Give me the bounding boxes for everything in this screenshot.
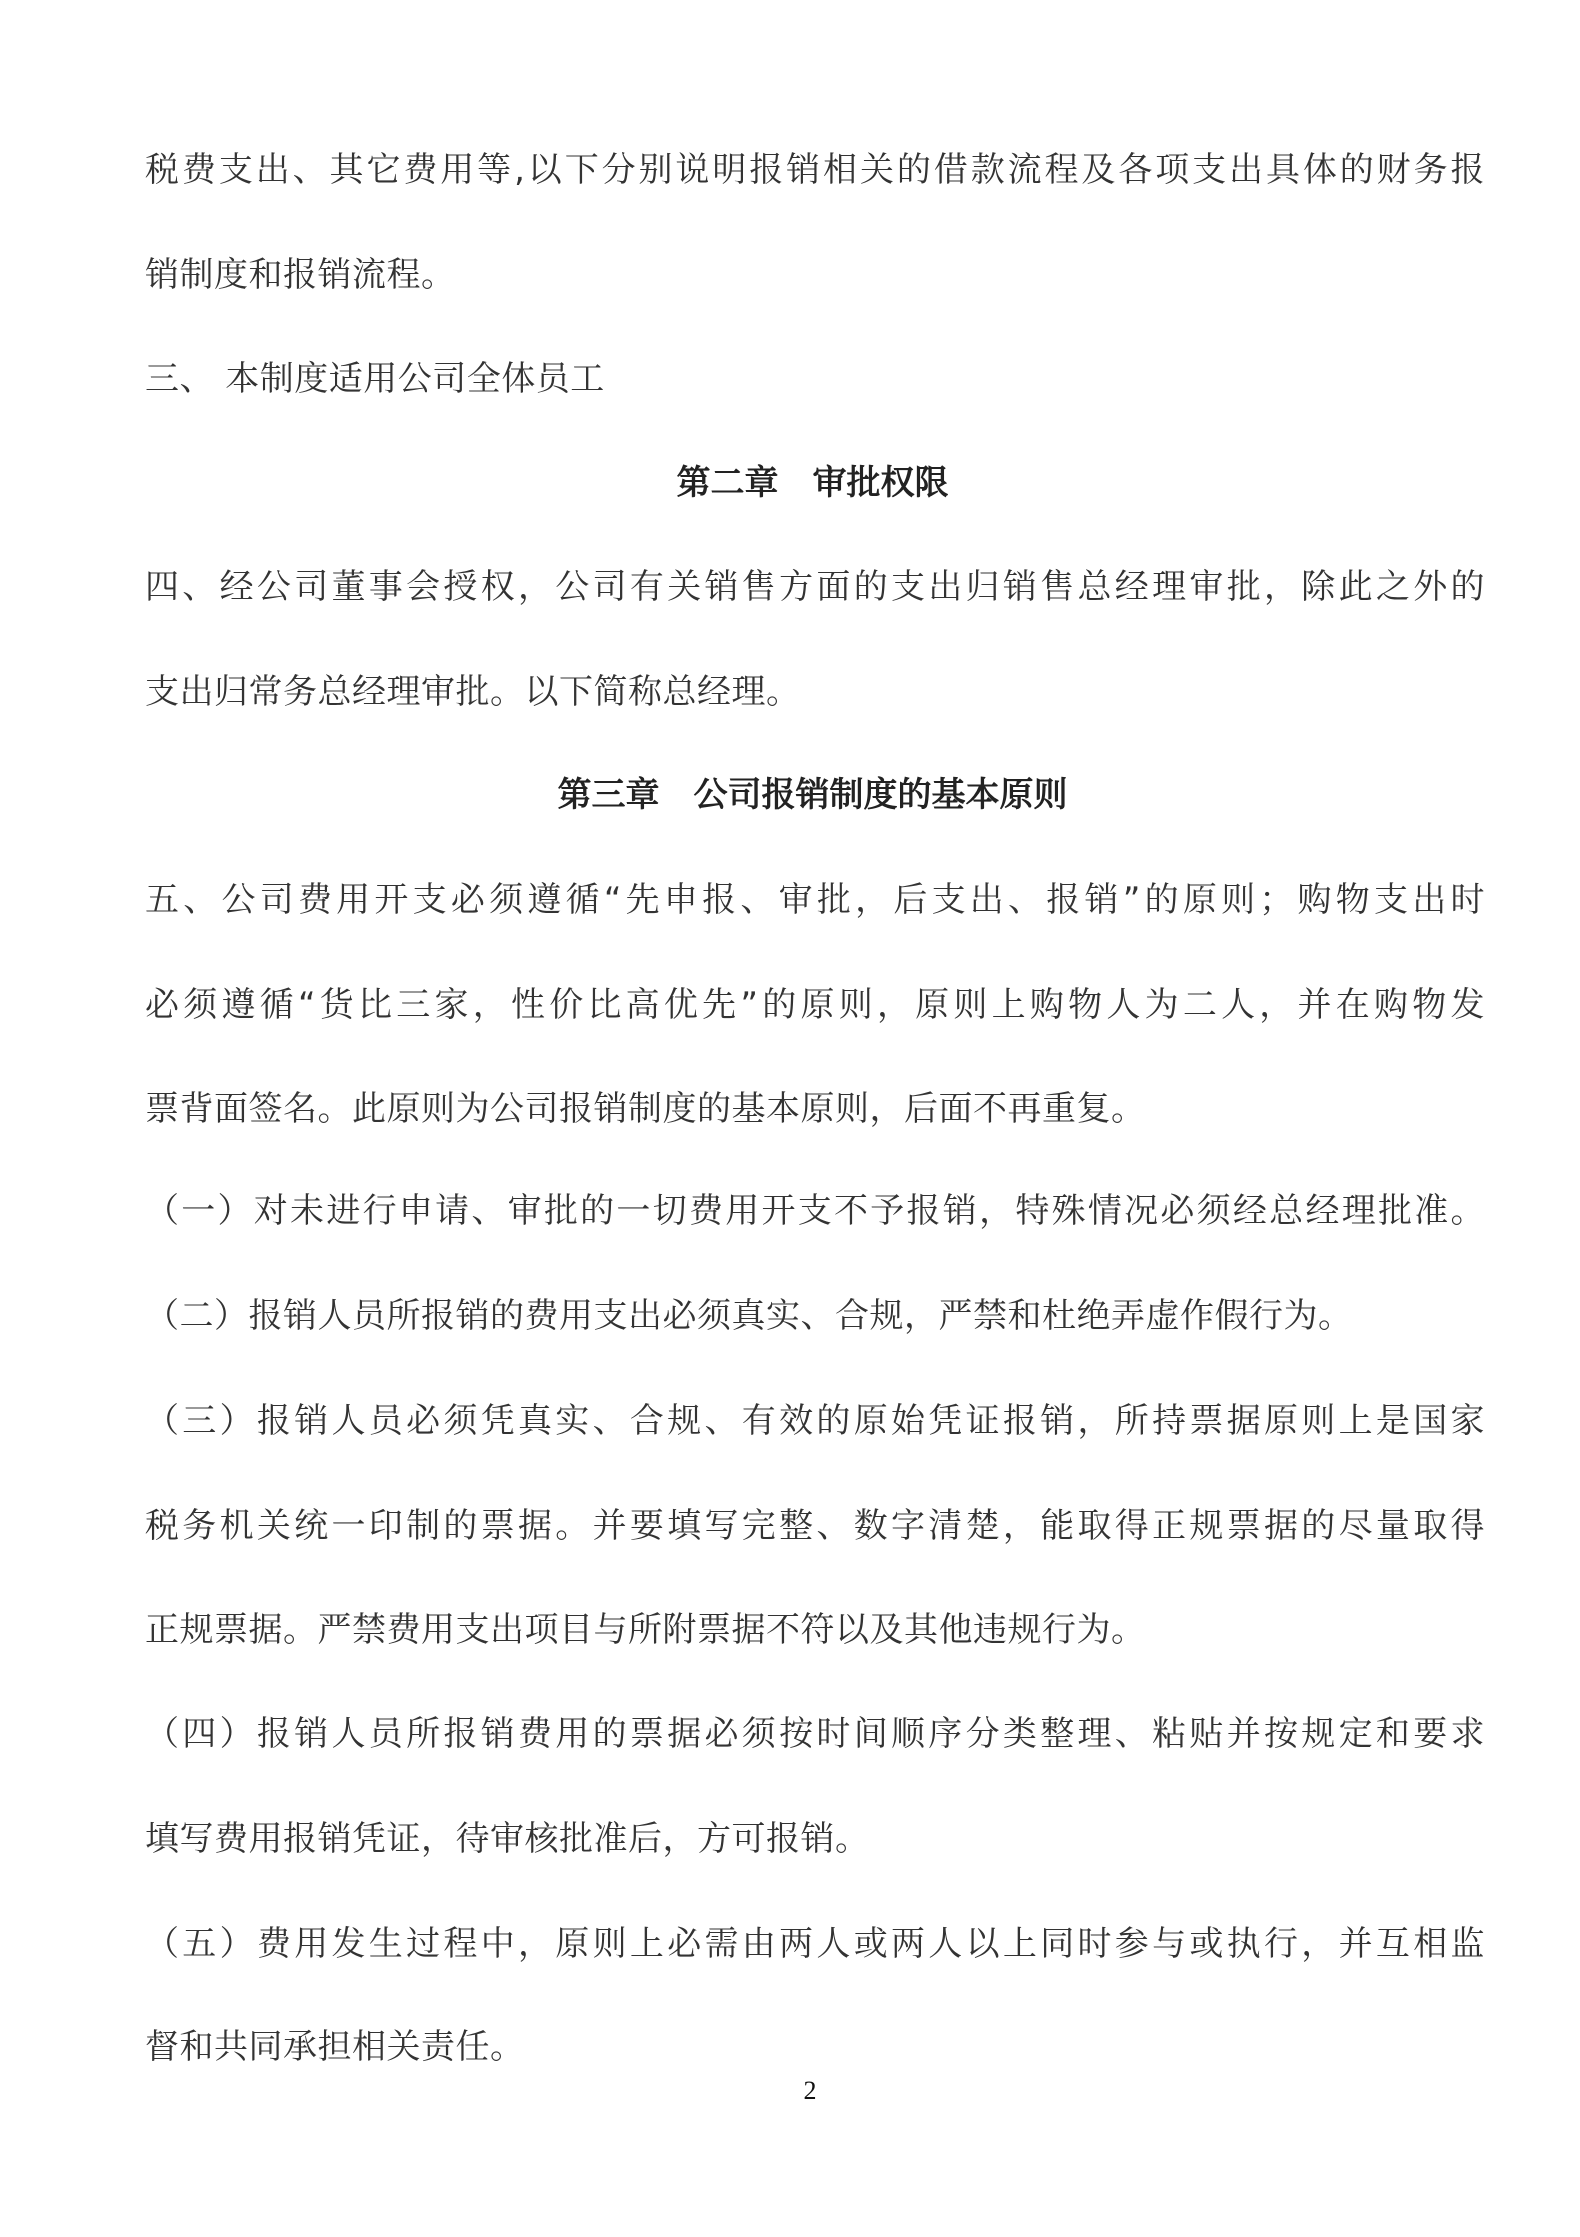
paragraph-line: 必须遵循“货比三家，性价比高优先”的原则，原则上购物人为二人，并在购物发	[145, 985, 1485, 1025]
subclause-2: （二）报销人员所报销的费用支出必须真实、合规，严禁和杜绝弄虚作假行为。	[145, 1296, 1485, 1336]
paragraph-line: 税务机关统一印制的票据。并要填写完整、数字清楚，能取得正规票据的尽量取得	[145, 1506, 1485, 1546]
paragraph-line: 支出归常务总经理审批。以下简称总经理。	[145, 672, 1485, 712]
paragraph-line: 税费支出、其它费用等,以下分别说明报销相关的借款流程及各项支出具体的财务报	[145, 150, 1485, 190]
subclause-5: （五）费用发生过程中，原则上必需由两人或两人以上同时参与或执行，并互相监	[145, 1924, 1485, 1964]
clause-3: 三、 本制度适用公司全体员工	[145, 359, 1485, 399]
clause-5: 五、公司费用开支必须遵循“先申报、审批，后支出、报销”的原则；购物支出时	[145, 880, 1485, 920]
subclause-3: （三）报销人员必须凭真实、合规、有效的原始凭证报销，所持票据原则上是国家	[145, 1401, 1485, 1441]
chapter-2-heading: 第二章 审批权限	[145, 463, 1480, 503]
paragraph-line: 正规票据。严禁费用支出项目与所附票据不符以及其他违规行为。	[145, 1610, 1485, 1650]
document-page: 税费支出、其它费用等,以下分别说明报销相关的借款流程及各项支出具体的财务报 销制…	[0, 0, 1580, 2237]
chapter-3-heading: 第三章 公司报销制度的基本原则	[145, 775, 1480, 815]
clause-4: 四、经公司董事会授权，公司有关销售方面的支出归销售总经理审批，除此之外的	[145, 567, 1485, 607]
paragraph-line: 销制度和报销流程。	[145, 255, 1485, 295]
page-number: 2	[0, 2076, 1580, 2106]
paragraph-line: 票背面签名。此原则为公司报销制度的基本原则，后面不再重复。	[145, 1089, 1485, 1129]
paragraph-line: 督和共同承担相关责任。	[145, 2027, 1485, 2067]
paragraph-line: 填写费用报销凭证，待审核批准后，方可报销。	[145, 1819, 1485, 1859]
subclause-4: （四）报销人员所报销费用的票据必须按时间顺序分类整理、粘贴并按规定和要求	[145, 1714, 1485, 1754]
subclause-1: （一）对未进行申请、审批的一切费用开支不予报销，特殊情况必须经总经理批准。	[145, 1191, 1485, 1231]
